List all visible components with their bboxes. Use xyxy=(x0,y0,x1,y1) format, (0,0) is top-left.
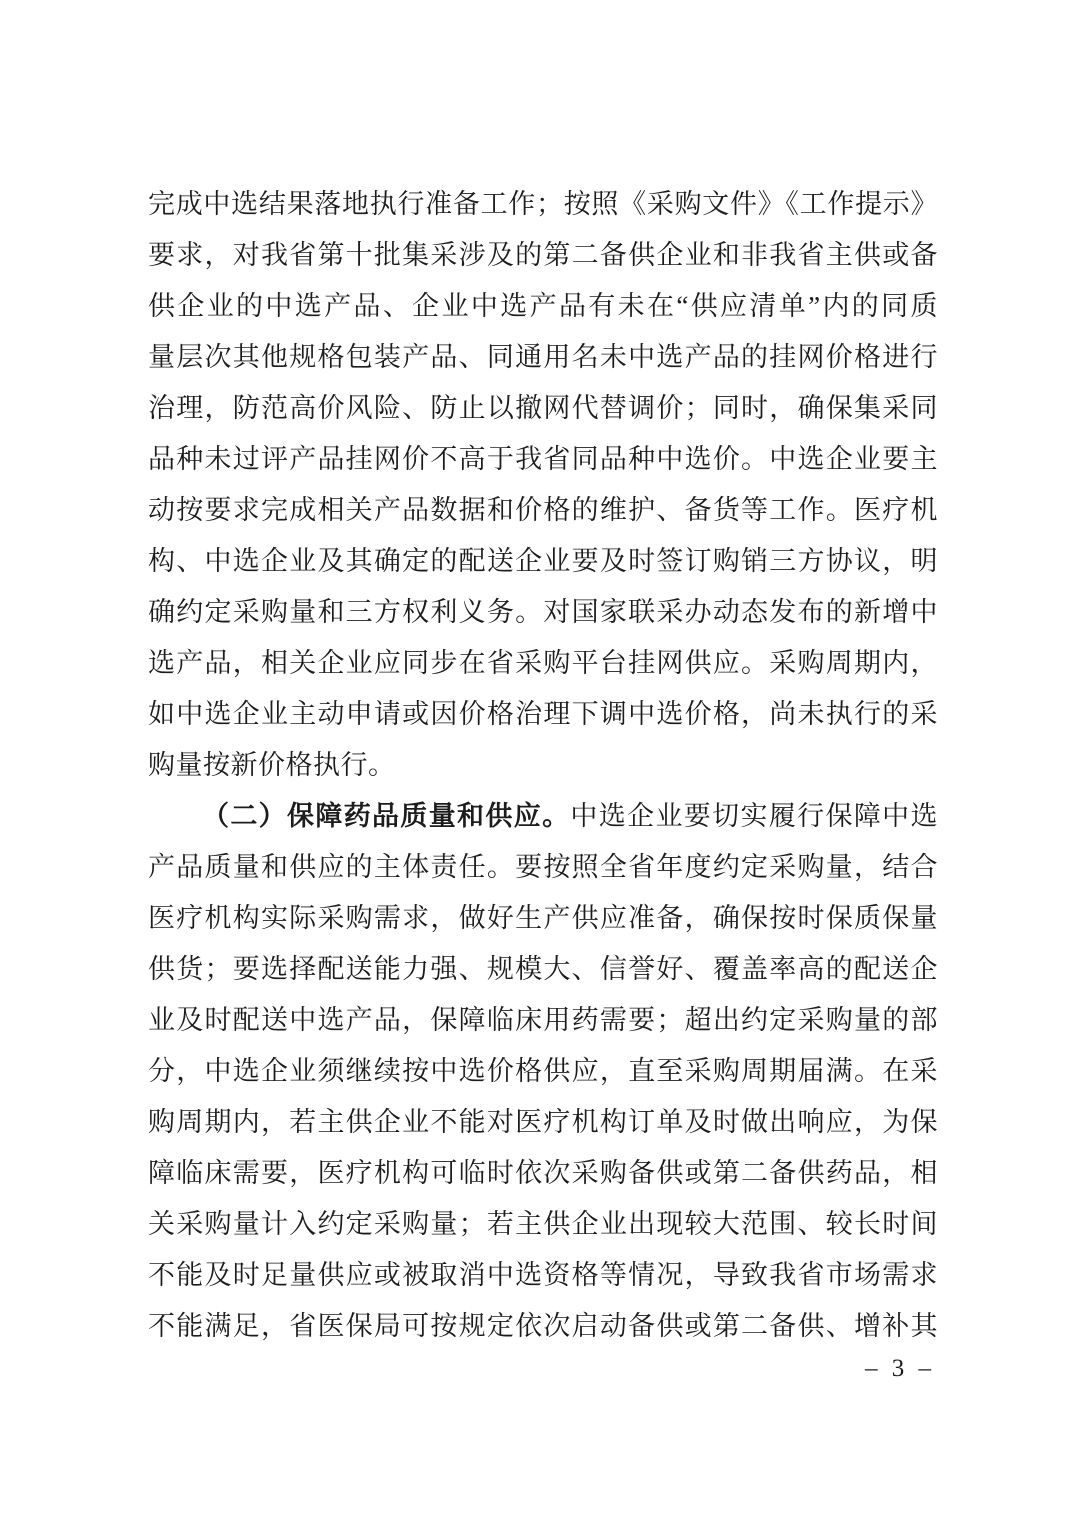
paragraph-line: 确约定采购量和三方权利义务。对国家联采办动态发布的新增中 xyxy=(148,587,938,638)
paragraph-line: 量层次其他规格包装产品、同通用名未中选产品的挂网价格进行 xyxy=(148,332,938,383)
paragraph-line: 不能满足，省医保局可按规定依次启动备供或第二备供、增补其 xyxy=(148,1301,938,1352)
paragraph-line: 分，中选企业须继续按中选价格供应，直至采购周期届满。在采 xyxy=(148,1046,938,1097)
paragraph-line: 构、中选企业及其确定的配送企业要及时签订购销三方协议，明 xyxy=(148,536,938,587)
paragraph-line: 购周期内，若主供企业不能对医疗机构订单及时做出响应，为保 xyxy=(148,1097,938,1148)
paragraph-line: 医疗机构实际采购需求，做好生产供应准备，确保按时保质保量 xyxy=(148,893,938,944)
document-page: 完成中选结果落地执行准备工作；按照《采购文件》《工作提示》 要求，对我省第十批集… xyxy=(0,0,1074,1520)
paragraph-line: 选产品，相关企业应同步在省采购平台挂网供应。采购周期内， xyxy=(148,638,938,689)
paragraph-line: （二）保障药品质量和供应。中选企业要切实履行保障中选 xyxy=(148,791,938,842)
paragraph-line: 供货；要选择配送能力强、规模大、信誉好、覆盖率高的配送企 xyxy=(148,944,938,995)
paragraph-line: 如中选企业主动申请或因价格治理下调中选价格，尚未执行的采 xyxy=(148,689,938,740)
paragraph-line: 购量按新价格执行。 xyxy=(148,740,938,791)
paragraph-line: 治理，防范高价风险、防止以撤网代替调价；同时，确保集采同 xyxy=(148,383,938,434)
page-number: – 3 – xyxy=(865,1349,935,1389)
paragraph-line: 障临床需要，医疗机构可临时依次采购备供或第二备供药品，相 xyxy=(148,1148,938,1199)
paragraph-line: 动按要求完成相关产品数据和价格的维护、备货等工作。医疗机 xyxy=(148,485,938,536)
paragraph-line: 不能及时足量供应或被取消中选资格等情况，导致我省市场需求 xyxy=(148,1250,938,1301)
paragraph-line: 品种未过评产品挂网价不高于我省同品种中选价。中选企业要主 xyxy=(148,434,938,485)
paragraph-line: 要求，对我省第十批集采涉及的第二备供企业和非我省主供或备 xyxy=(148,230,938,281)
paragraph-line: 业及时配送中选产品，保障临床用药需要；超出约定采购量的部 xyxy=(148,995,938,1046)
paragraph-line: 产品质量和供应的主体责任。要按照全省年度约定采购量，结合 xyxy=(148,842,938,893)
paragraph-line: 关采购量计入约定采购量；若主供企业出现较大范围、较长时间 xyxy=(148,1199,938,1250)
paragraph-text: 中选企业要切实履行保障中选 xyxy=(570,801,938,831)
body-text: 完成中选结果落地执行准备工作；按照《采购文件》《工作提示》 要求，对我省第十批集… xyxy=(148,179,938,1352)
section-heading: （二）保障药品质量和供应。 xyxy=(202,801,570,831)
paragraph-line: 完成中选结果落地执行准备工作；按照《采购文件》《工作提示》 xyxy=(148,179,938,230)
paragraph-line: 供企业的中选产品、企业中选产品有未在“供应清单”内的同质 xyxy=(148,281,938,332)
